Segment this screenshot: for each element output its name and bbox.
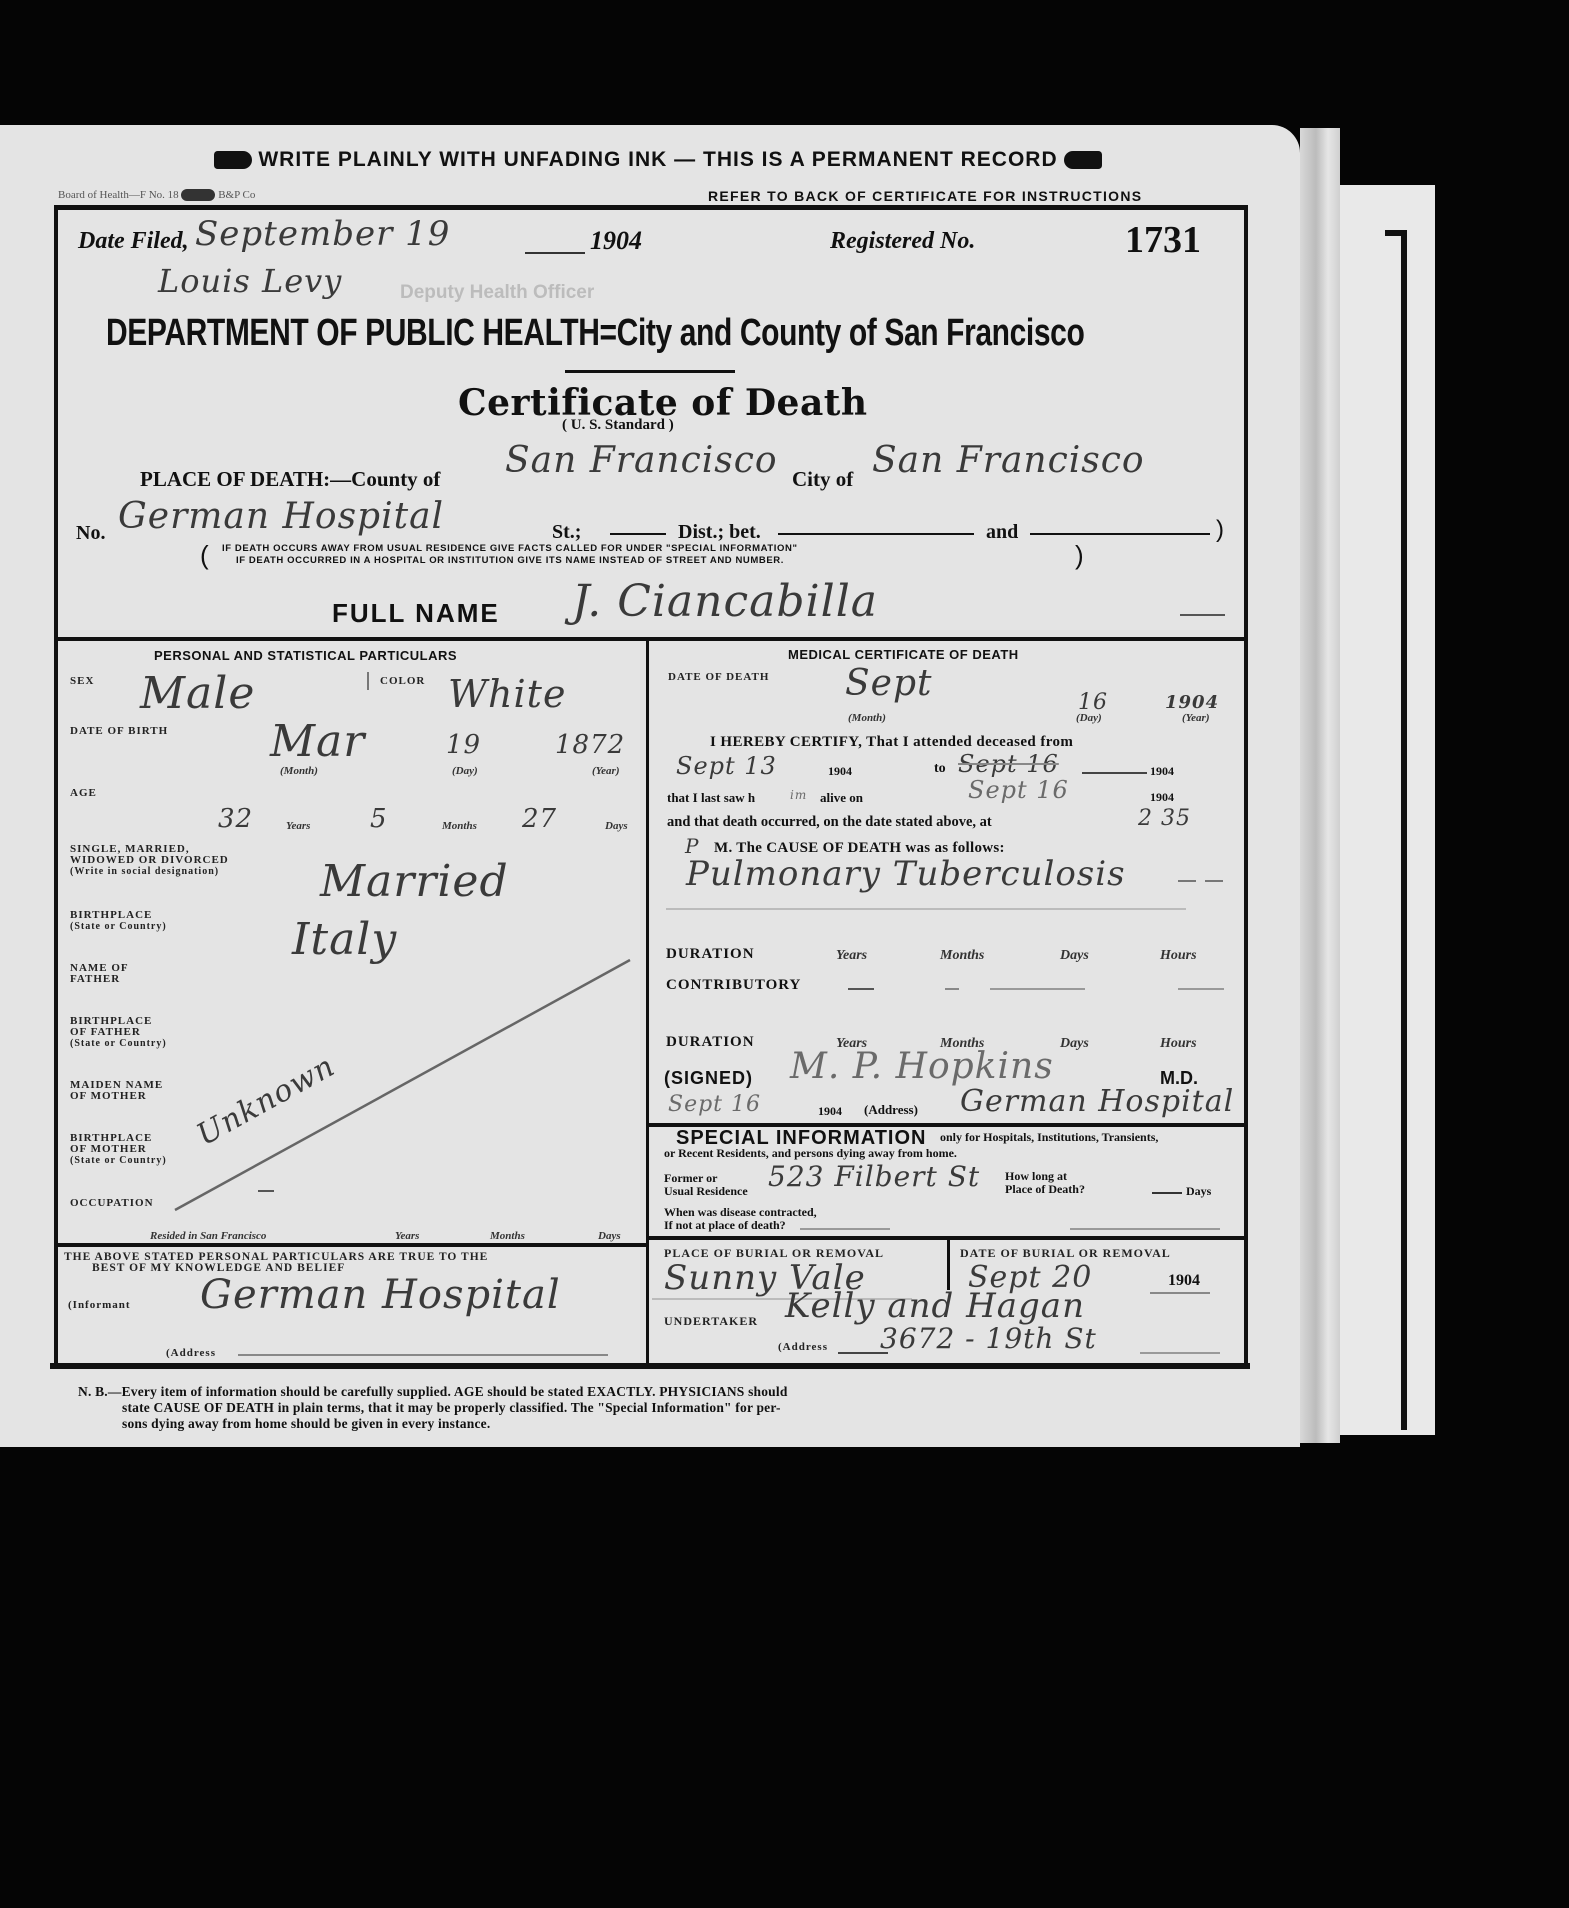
dob-day: 19 xyxy=(446,730,481,760)
resided-months: Months xyxy=(490,1230,525,1242)
age-months-caption: Months xyxy=(442,820,477,832)
form-border-right xyxy=(1244,205,1248,1367)
mother-birthplace-label-3: (State or Country) xyxy=(70,1155,167,1166)
age-years-caption: Years xyxy=(286,820,310,832)
no-label: No. xyxy=(76,522,105,545)
mother-birthplace-label-2: OF MOTHER xyxy=(70,1144,147,1155)
informant-address-line xyxy=(238,1354,608,1356)
marital-value: Married xyxy=(320,856,509,907)
contracted-line-2 xyxy=(1070,1228,1220,1230)
footer-note-1: N. B.—Every item of information should b… xyxy=(78,1384,788,1400)
contracted-label-2: If not at place of death? xyxy=(664,1219,786,1231)
signed-label: (SIGNED) xyxy=(664,1068,753,1089)
form-id-text: Board of Health—F No. 18 xyxy=(58,189,179,201)
registered-no-label: Registered No. xyxy=(830,228,975,255)
sex-color-divider xyxy=(367,672,369,690)
dod-year-caption: (Year) xyxy=(1182,712,1210,724)
undertaker-address-line-2 xyxy=(1140,1352,1220,1354)
dob-day-caption: (Day) xyxy=(452,765,478,777)
resided-years: Years xyxy=(395,1230,419,1242)
title-rule xyxy=(565,370,735,373)
department-title: DEPARTMENT OF PUBLIC HEALTH=City and Cou… xyxy=(106,312,1084,355)
duration-days: Days xyxy=(1060,948,1089,964)
dob-label: DATE OF BIRTH xyxy=(70,726,168,737)
special-subtitle-1: only for Hospitals, Institutions, Transi… xyxy=(940,1130,1158,1145)
form-border-left xyxy=(54,205,58,1367)
undertaker-address-label: (Address xyxy=(778,1342,828,1353)
paren-open: ( xyxy=(200,540,209,571)
undertaker-value: Kelly and Hagan xyxy=(785,1286,1085,1326)
footer-note-3: sons dying away from home should be give… xyxy=(122,1416,490,1432)
dob-month-caption: (Month) xyxy=(280,765,318,777)
instructions-note: REFER TO BACK OF CERTIFICATE FOR INSTRUC… xyxy=(708,188,1142,204)
personal-heading: PERSONAL AND STATISTICAL PARTICULARS xyxy=(154,648,457,663)
occupation-label: OCCUPATION xyxy=(70,1198,154,1209)
marital-label-2: WIDOWED OR DIVORCED xyxy=(70,855,229,866)
cause-line-2 xyxy=(666,908,1186,910)
undertaker-address: 3672 - 19th St xyxy=(880,1322,1097,1355)
how-long-line xyxy=(1152,1192,1182,1194)
undertaker-label: UNDERTAKER xyxy=(664,1316,758,1327)
informant-divider xyxy=(56,1243,648,1247)
color-value: White xyxy=(448,672,566,716)
duration-hours: Hours xyxy=(1160,948,1197,964)
duration-label: DURATION xyxy=(666,946,755,963)
union-seal-icon xyxy=(181,189,215,201)
street-label: St.; xyxy=(552,521,581,544)
duration-months: Months xyxy=(940,948,984,964)
unknown-strike-line xyxy=(170,955,635,1215)
contributory-line-2 xyxy=(1178,988,1224,990)
color-label: COLOR xyxy=(380,676,425,687)
pointing-hand-icon xyxy=(1064,151,1102,169)
cause-dash-2 xyxy=(1205,880,1223,882)
attended-to-year: 1904 xyxy=(1150,764,1174,779)
last-saw-year: 1904 xyxy=(1150,790,1174,805)
form-id: Board of Health—F No. 18 B&P Co xyxy=(58,189,255,201)
age-months: 5 xyxy=(370,804,388,834)
officer-title-stamp: Deputy Health Officer xyxy=(400,282,594,304)
burial-year: 1904 xyxy=(1168,1272,1200,1290)
place-of-death-label: PLACE OF DEATH:—County of xyxy=(140,467,440,492)
next-page-edge xyxy=(1340,185,1435,1435)
medical-heading: MEDICAL CERTIFICATE OF DEATH xyxy=(788,647,1019,662)
contributory-dash-2 xyxy=(945,988,959,990)
dod-year: 1904 xyxy=(1165,692,1219,713)
informant-value: German Hospital xyxy=(200,1272,561,1318)
duration-label-2: DURATION xyxy=(666,1034,755,1051)
father-birthplace-label-3: (State or Country) xyxy=(70,1038,167,1049)
residence-value: 523 Filbert St xyxy=(768,1160,980,1193)
city-label: City of xyxy=(792,467,853,492)
full-name-value: J. Ciancabilla xyxy=(572,576,878,627)
us-standard: ( U. S. Standard ) xyxy=(562,417,674,434)
dod-month-caption: (Month) xyxy=(848,712,886,724)
dod-day-caption: (Day) xyxy=(1076,712,1102,724)
contributory-dash-1 xyxy=(848,988,874,990)
hospital-note: IF DEATH OCCURRED IN A HOSPITAL OR INSTI… xyxy=(236,555,784,566)
to-label: to xyxy=(934,761,946,777)
and-line xyxy=(1030,533,1210,535)
residence-label-1: Former or xyxy=(664,1172,717,1184)
age-label: AGE xyxy=(70,788,97,799)
dob-month: Mar xyxy=(270,716,365,767)
birthplace-label-2: (State or Country) xyxy=(70,921,167,932)
attended-from-year: 1904 xyxy=(828,764,852,779)
county-value: San Francisco xyxy=(505,440,778,481)
burial-year-line xyxy=(1150,1292,1210,1294)
resided-days: Days xyxy=(598,1230,621,1242)
attended-to: Sept 16 xyxy=(958,750,1059,778)
special-subtitle-2: or Recent Residents, and persons dying a… xyxy=(664,1146,957,1161)
officer-signature: Louis Levy xyxy=(158,262,342,300)
date-filed-line xyxy=(525,252,585,254)
duration-days-2: Days xyxy=(1060,1036,1089,1052)
age-years: 32 xyxy=(218,804,253,834)
physician-address: German Hospital xyxy=(960,1084,1234,1119)
occupation-dash xyxy=(258,1190,274,1192)
printer-text: B&P Co xyxy=(218,189,255,201)
birthplace-label-1: BIRTHPLACE xyxy=(70,910,152,921)
section-divider xyxy=(56,637,1246,641)
signed-date: Sept 16 xyxy=(668,1092,761,1117)
sex-value: Male xyxy=(140,668,255,719)
father-name-label-2: FATHER xyxy=(70,974,120,985)
contributory-line xyxy=(990,988,1085,990)
footer-note-2: state CAUSE OF DEATH in plain terms, tha… xyxy=(122,1400,781,1416)
registered-no: 1731 xyxy=(1125,218,1201,262)
age-days: 27 xyxy=(522,804,557,834)
column-divider xyxy=(646,641,649,1365)
dod-month: Sept xyxy=(845,663,932,704)
contracted-line xyxy=(800,1228,890,1230)
physician-address-label: (Address) xyxy=(864,1102,918,1118)
banner: WRITE PLAINLY WITH UNFADING INK — THIS I… xyxy=(118,148,1198,172)
age-days-caption: Days xyxy=(605,820,628,832)
institution-value: German Hospital xyxy=(118,496,444,537)
street-line xyxy=(610,533,666,535)
contributory-label: CONTRIBUTORY xyxy=(666,977,801,994)
full-name-line xyxy=(1180,614,1225,616)
father-birthplace-label-2: OF FATHER xyxy=(70,1027,141,1038)
and-label: and xyxy=(986,521,1018,544)
death-occurred-text: and that death occurred, on the date sta… xyxy=(667,814,992,831)
dist-line xyxy=(778,533,974,535)
duration-years: Years xyxy=(836,948,867,964)
burial-date-label: DATE of BURIAL or REMOVAL xyxy=(960,1248,1171,1259)
alive-on-label: alive on xyxy=(820,790,863,806)
how-long-label-2: Place of Death? xyxy=(1005,1183,1085,1195)
marital-label-3: (Write in social designation) xyxy=(70,866,219,877)
how-long-label-1: How long at xyxy=(1005,1170,1067,1182)
last-saw-date: Sept 16 xyxy=(968,776,1069,804)
cause-value: Pulmonary Tuberculosis xyxy=(686,854,1126,894)
last-saw-label: that I last saw h xyxy=(667,790,755,806)
paren-close: ) xyxy=(1216,516,1224,544)
sex-label: SEX xyxy=(70,676,94,687)
how-long-days: Days xyxy=(1186,1184,1211,1199)
residence-label-2: Usual Residence xyxy=(664,1185,748,1197)
full-name-label: FULL NAME xyxy=(332,598,500,629)
duration-hours-2: Hours xyxy=(1160,1036,1197,1052)
resided-label: Resided in San Francisco xyxy=(150,1230,266,1242)
pointing-hand-icon xyxy=(214,151,252,169)
mother-name-label-2: OF MOTHER xyxy=(70,1091,147,1102)
physician-signature: M. P. Hopkins xyxy=(790,1046,1054,1087)
cause-dash-1 xyxy=(1178,880,1196,882)
signed-year: 1904 xyxy=(818,1104,842,1119)
attended-from: Sept 13 xyxy=(676,752,777,780)
county-label: PLACE OF DEATH:—County of xyxy=(140,467,440,491)
date-filed-label: Date Filed, xyxy=(78,228,189,255)
city-value: San Francisco xyxy=(872,440,1145,481)
date-filed-value: September 19 xyxy=(195,214,450,254)
dod-label: DATE OF DEATH xyxy=(668,672,769,683)
form-border-bottom xyxy=(50,1363,1250,1369)
dob-year: 1872 xyxy=(555,730,625,760)
last-saw-pronoun: im xyxy=(790,788,807,802)
dob-year-caption: (Year) xyxy=(592,765,620,777)
informant-label: (Informant xyxy=(68,1300,131,1311)
death-time: 2 35 xyxy=(1138,806,1191,831)
informant-address-label: (Address xyxy=(166,1348,216,1359)
burial-column-divider xyxy=(947,1240,950,1290)
contracted-label-1: When was disease contracted, xyxy=(664,1206,817,1218)
next-page-border xyxy=(1385,230,1407,1430)
attended-to-line xyxy=(1082,772,1147,774)
form-border-top xyxy=(54,205,1248,210)
dist-label: Dist.; bet. xyxy=(678,521,761,544)
banner-text: WRITE PLAINLY WITH UNFADING INK — THIS I… xyxy=(258,148,1057,171)
page-edge xyxy=(1300,128,1340,1443)
certify-text: I HEREBY CERTIFY, That I attended deceas… xyxy=(710,734,1073,751)
residence-note: IF DEATH OCCURS AWAY FROM USUAL RESIDENC… xyxy=(222,543,798,554)
date-filed-year: 1904 xyxy=(590,226,642,256)
paren-close-2: ) xyxy=(1075,540,1084,571)
